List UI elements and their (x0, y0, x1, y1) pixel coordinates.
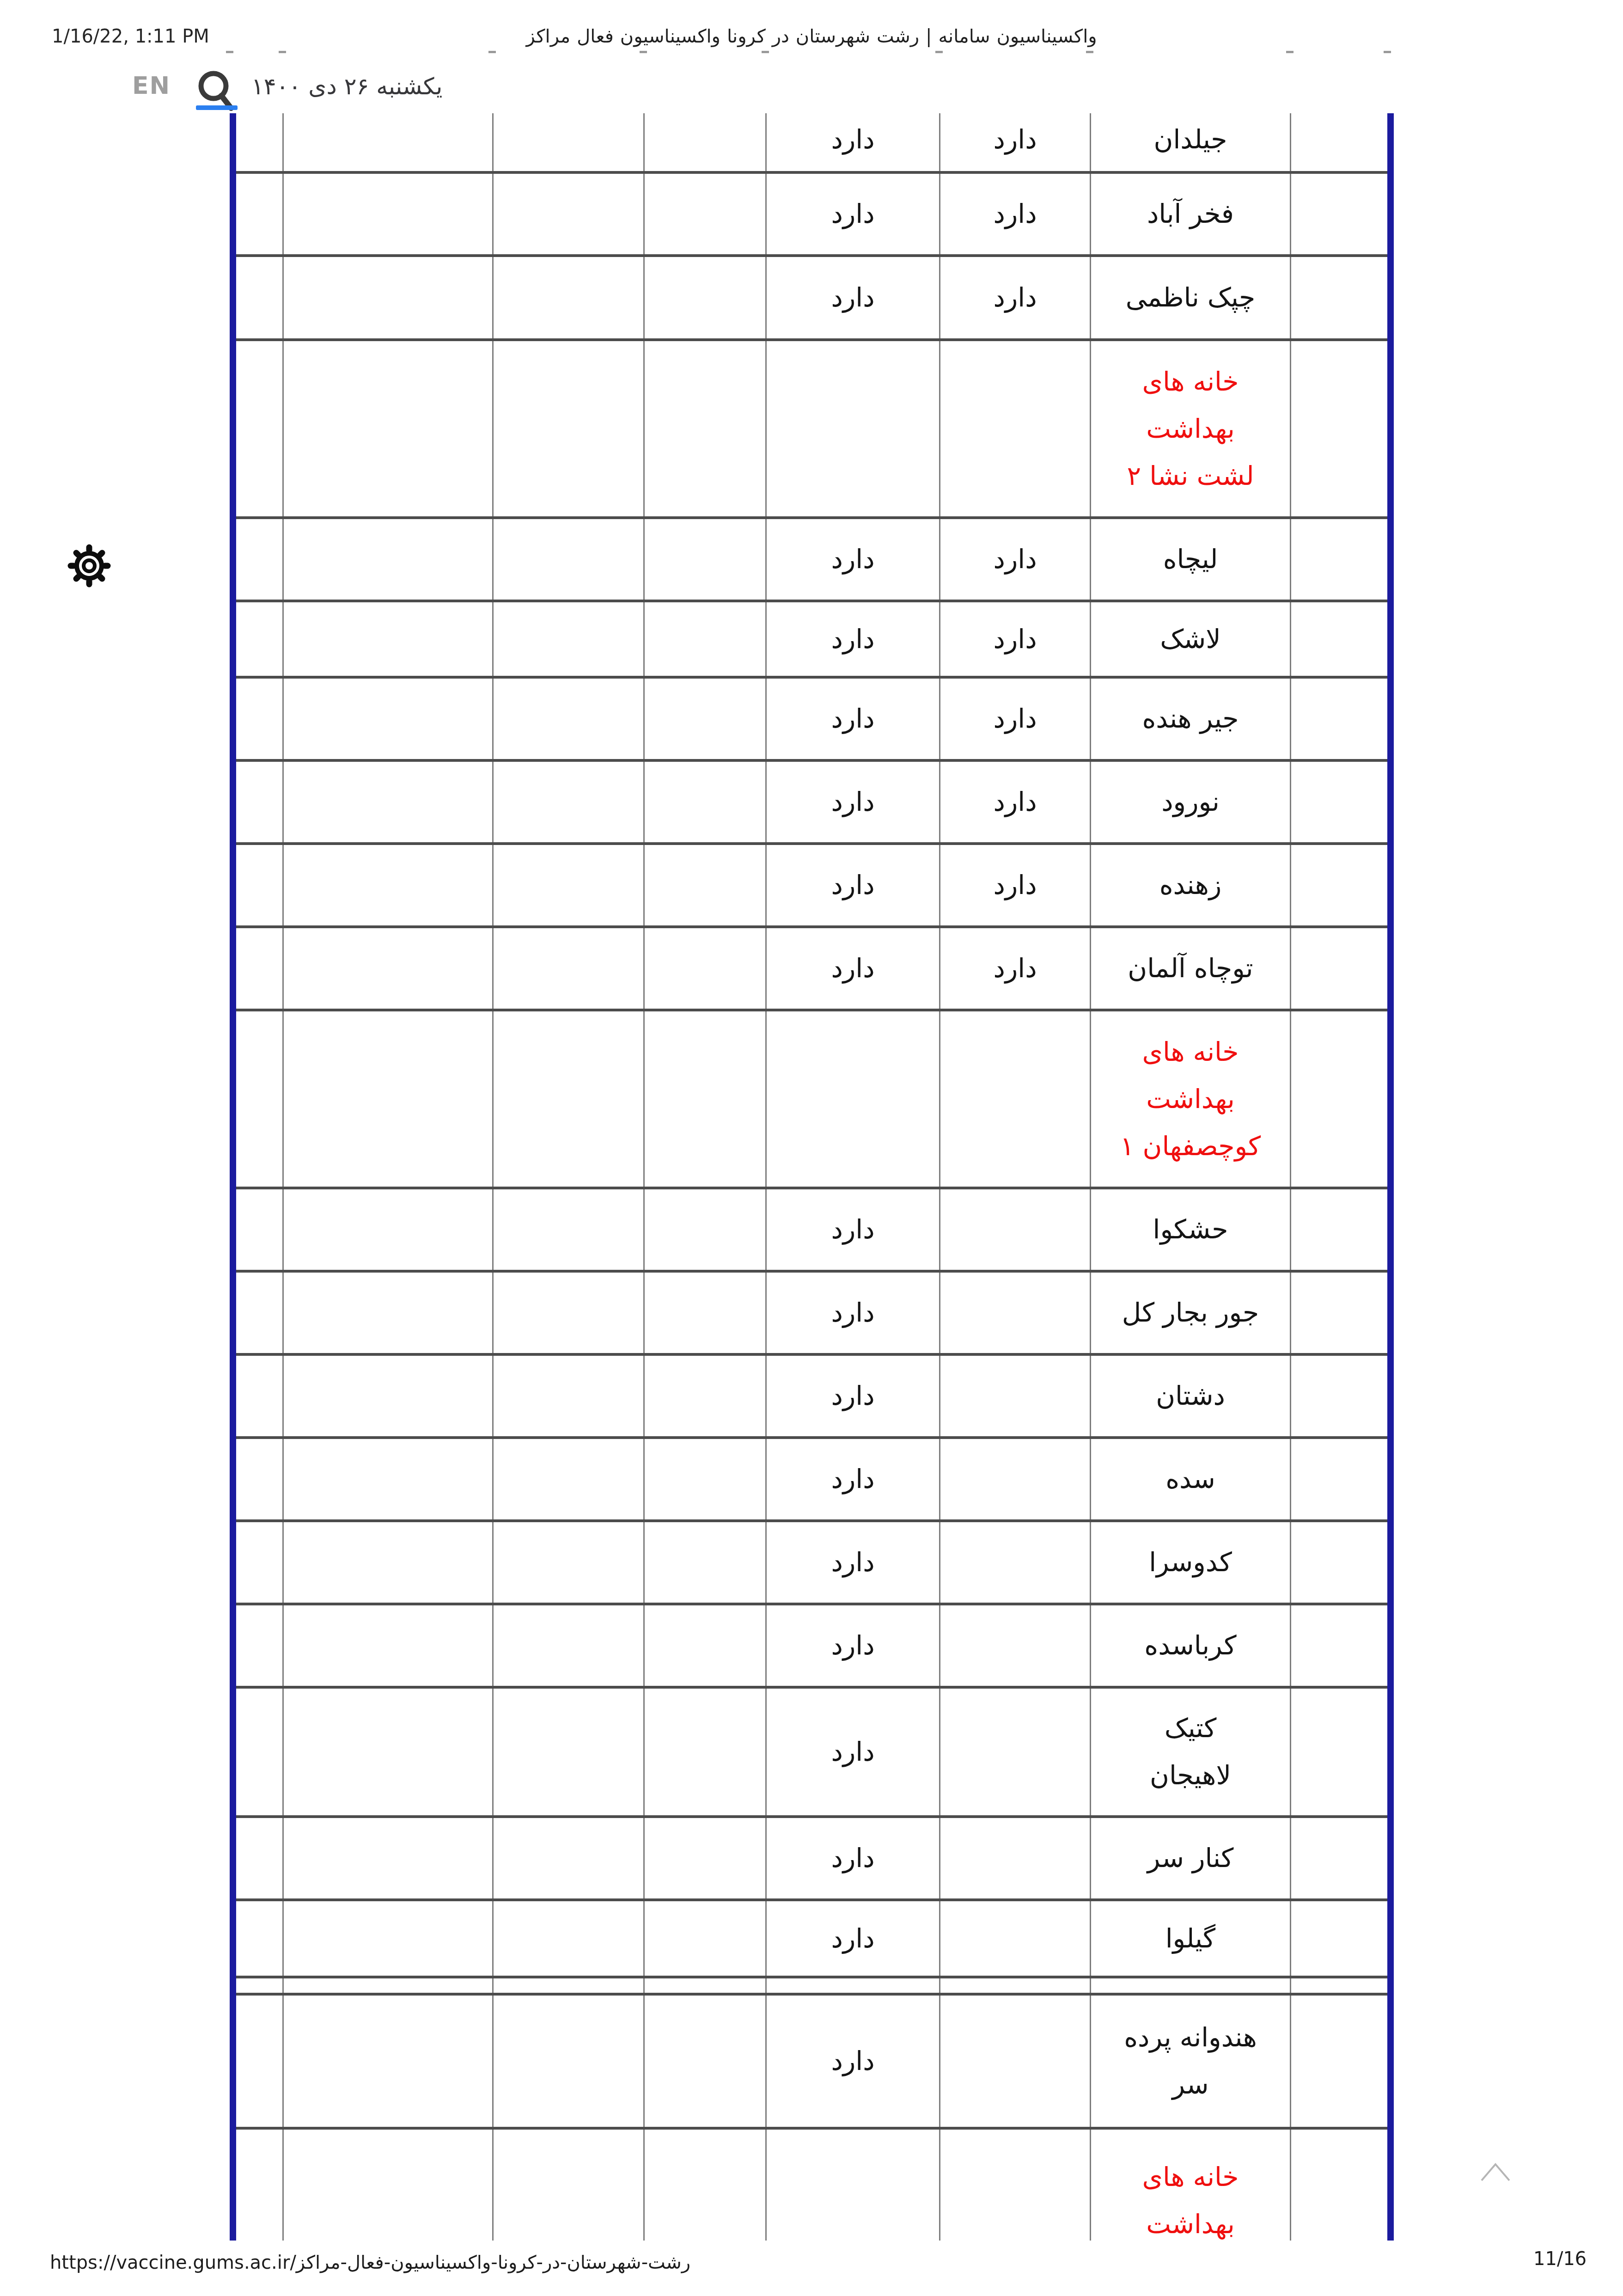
print-title-word: سامانه (939, 26, 990, 47)
empty-cell (236, 1011, 282, 1187)
group-title-line: خانه های (1142, 1029, 1239, 1076)
table-row: داردکنار سر (236, 1818, 1387, 1901)
availability-value: دارد (831, 862, 874, 909)
row-number-cell (1290, 1273, 1387, 1353)
empty-cell (282, 602, 492, 676)
empty-cell (282, 1996, 492, 2127)
availability-cell (939, 1901, 1090, 1976)
center-name: جور بجار کل (1122, 1289, 1259, 1336)
center-name: کرباسده (1144, 1622, 1236, 1669)
empty-cell (643, 762, 765, 842)
search-active-underline (196, 105, 238, 110)
empty-cell (643, 1189, 765, 1270)
empty-cell (282, 679, 492, 759)
table-row: داردداردنورود (236, 762, 1387, 845)
availability-value: دارد (831, 695, 874, 742)
empty-cell (236, 1818, 282, 1898)
row-number-cell (1290, 928, 1387, 1009)
row-number-cell (1290, 2130, 1387, 2241)
empty-cell (236, 1996, 282, 2127)
availability-value: دارد (831, 2038, 874, 2085)
group-title-line: بهداشت (1146, 405, 1235, 453)
empty-cell (643, 1522, 765, 1603)
availability-cell: دارد (765, 679, 939, 759)
page-break-artifact (640, 51, 647, 53)
empty-cell (282, 341, 492, 516)
empty-cell (643, 1978, 765, 1993)
availability-value: دارد (831, 1206, 874, 1253)
availability-value: دارد (831, 536, 874, 583)
table-row: داردداردلیچاه (236, 519, 1387, 602)
empty-cell (492, 1901, 643, 1976)
availability-cell: دارد (939, 679, 1090, 759)
table-row: داردهندوانه پردهسر (236, 1996, 1387, 2130)
empty-cell (282, 1901, 492, 1976)
empty-cell (282, 1689, 492, 1815)
center-name: سده (1165, 1456, 1215, 1503)
center-name-cell: گیلوا (1090, 1901, 1290, 1976)
table-row: داردداردجیر هنده (236, 679, 1387, 762)
print-title-word: فعال (577, 26, 614, 47)
center-name-cell: هندوانه پردهسر (1090, 1996, 1290, 2127)
empty-cell (282, 1273, 492, 1353)
availability-cell: دارد (939, 113, 1090, 171)
availability-cell (765, 2130, 939, 2241)
print-page-title: مراکزفعالواکسیناسیونکرونادرشهرستانرشت|سا… (0, 26, 1623, 47)
table-row: داردداردلاشک (236, 602, 1387, 679)
center-name: کتیک (1165, 1705, 1217, 1752)
print-title-word: مراکز (526, 26, 570, 47)
empty-cell (643, 679, 765, 759)
empty-cell (282, 113, 492, 171)
availability-cell: دارد (765, 1996, 939, 2127)
group-title-cell: خانه هایبهداشتلشت نشا ۲ (1090, 341, 1290, 516)
current-date-label: یکشنبه ۲۶ دی ۱۴۰۰ (251, 73, 442, 100)
empty-cell (643, 928, 765, 1009)
page-break-artifact (935, 51, 943, 53)
empty-cell (236, 1689, 282, 1815)
center-name-cell: کتیکلاهیجان (1090, 1689, 1290, 1815)
row-number-cell (1290, 1356, 1387, 1436)
availability-cell: دارد (765, 1689, 939, 1815)
empty-cell (492, 519, 643, 600)
empty-cell (236, 174, 282, 254)
url-slug-word: شهرستان (567, 2252, 641, 2273)
availability-cell: دارد (765, 1901, 939, 1976)
center-name-cell: زهنده (1090, 845, 1290, 925)
table-row: داردداردزهنده (236, 845, 1387, 928)
center-name-cell: لیچاه (1090, 519, 1290, 600)
availability-cell: دارد (939, 257, 1090, 338)
empty-cell (643, 1273, 765, 1353)
print-title-word: شهرستان (796, 26, 870, 47)
empty-cell (282, 2130, 492, 2241)
empty-cell (643, 341, 765, 516)
empty-cell (492, 1689, 643, 1815)
empty-cell (236, 1605, 282, 1686)
row-number-cell (1290, 1189, 1387, 1270)
availability-value: دارد (993, 116, 1037, 163)
center-name-cell: توچاه آلمان (1090, 928, 1290, 1009)
availability-cell (939, 1996, 1090, 2127)
empty-cell (282, 519, 492, 600)
availability-cell: دارد (765, 1522, 939, 1603)
url-slug-word: رشت (648, 2252, 690, 2273)
printed-page: { "print_header": { "datetime": "1/16/22… (0, 0, 1623, 2296)
table-row: داردداردتوچاه آلمان (236, 928, 1387, 1011)
row-number-cell (1290, 1011, 1387, 1187)
center-name: نورود (1161, 778, 1220, 826)
availability-value: دارد (993, 616, 1037, 663)
availability-value: دارد (993, 778, 1037, 826)
empty-cell (643, 1689, 765, 1815)
center-name: حشکوا (1153, 1206, 1228, 1253)
center-name: کدوسرا (1149, 1539, 1232, 1586)
availability-cell: دارد (765, 257, 939, 338)
page-break-artifact (1286, 51, 1294, 53)
url-slug-word: مراکز (296, 2252, 341, 2273)
center-name-cell: حشکوا (1090, 1189, 1290, 1270)
row-number-cell (1290, 1978, 1387, 1993)
print-title-word: کرونا (727, 26, 766, 47)
table-row: داردکرباسده (236, 1605, 1387, 1689)
empty-cell (492, 174, 643, 254)
empty-cell (282, 762, 492, 842)
center-name: لاشک (1160, 616, 1220, 663)
availability-value: دارد (993, 536, 1037, 583)
availability-value: دارد (831, 1289, 874, 1336)
availability-cell: دارد (765, 1439, 939, 1519)
table-row: داردجور بجار کل (236, 1273, 1387, 1356)
row-number-cell (1290, 1996, 1387, 2127)
url-base: https://vaccine.gums.ac.ir/ (50, 2252, 296, 2273)
availability-cell: دارد (765, 1818, 939, 1898)
availability-cell (939, 1978, 1090, 1993)
empty-cell (236, 928, 282, 1009)
group-title-line: خانه های (1142, 2154, 1239, 2201)
availability-value: دارد (831, 1372, 874, 1420)
availability-value: دارد (831, 616, 874, 663)
page-break-artifact (226, 51, 233, 53)
empty-cell (236, 341, 282, 516)
row-number-cell (1290, 1439, 1387, 1519)
empty-cell (492, 602, 643, 676)
empty-cell (236, 845, 282, 925)
availability-cell: دارد (939, 845, 1090, 925)
availability-value: دارد (831, 274, 874, 321)
row-number-cell (1290, 679, 1387, 759)
page-break-artifact (279, 51, 286, 53)
center-name-cell: کنار سر (1090, 1818, 1290, 1898)
row-number-cell (1290, 341, 1387, 516)
empty-cell (282, 1605, 492, 1686)
row-number-cell (1290, 257, 1387, 338)
center-name: لاهیجان (1150, 1752, 1231, 1799)
center-name: کنار سر (1147, 1835, 1234, 1882)
table-row: داردداردفخر آباد (236, 174, 1387, 257)
row-number-cell (1290, 174, 1387, 254)
page-break-artifact (488, 51, 496, 53)
print-title-word: واکسیناسیون (996, 26, 1097, 47)
empty-cell (643, 845, 765, 925)
group-title-line: بهداشت (1146, 1076, 1235, 1123)
empty-cell (282, 1356, 492, 1436)
table-row: داردداردچپک ناظمی (236, 257, 1387, 341)
table-group-row: خانه هایبهداشتلشت نشا ۲ (236, 341, 1387, 519)
group-title-cell: خانه هایبهداشت (1090, 2130, 1290, 2241)
row-number-cell (1290, 1901, 1387, 1976)
availability-cell: دارد (765, 1356, 939, 1436)
availability-cell (939, 1439, 1090, 1519)
empty-cell (643, 1605, 765, 1686)
center-name-cell: چپک ناظمی (1090, 257, 1290, 338)
print-title-word: | (926, 26, 932, 47)
empty-cell (643, 1011, 765, 1187)
empty-cell (643, 1356, 765, 1436)
vaccination-centers-table: داردداردجیلدانداردداردفخر آبادداردداردچپ… (230, 113, 1394, 2241)
empty-cell (282, 1011, 492, 1187)
table-row: داردداردجیلدان (236, 113, 1387, 174)
empty-cell (282, 257, 492, 338)
empty-cell (236, 602, 282, 676)
center-name-cell: کدوسرا (1090, 1522, 1290, 1603)
empty-cell (282, 1522, 492, 1603)
empty-cell (492, 928, 643, 1009)
page-indicator: 11/16 (1533, 2248, 1586, 2270)
empty-cell (236, 1439, 282, 1519)
row-number-cell (1290, 113, 1387, 171)
print-title-word: در (772, 26, 789, 47)
empty-cell (236, 679, 282, 759)
availability-cell: دارد (765, 1605, 939, 1686)
table-row: داردحشکوا (236, 1189, 1387, 1273)
table-group-row: خانه هایبهداشتکوچصفهان ۱ (236, 1011, 1387, 1189)
table-row: داردکدوسرا (236, 1522, 1387, 1605)
availability-cell: دارد (765, 113, 939, 171)
empty-cell (643, 257, 765, 338)
empty-cell (492, 1273, 643, 1353)
empty-cell (236, 1901, 282, 1976)
empty-cell (236, 113, 282, 171)
availability-value: دارد (831, 945, 874, 992)
empty-cell (643, 1818, 765, 1898)
center-name: دشتان (1156, 1372, 1225, 1420)
page-break-artifact (1086, 51, 1093, 53)
page-break-artifact (1384, 51, 1391, 53)
center-name: سر (1172, 2061, 1208, 2108)
availability-cell: دارد (939, 602, 1090, 676)
table-row: داردسده (236, 1439, 1387, 1522)
group-title-line: کوچصفهان ۱ (1120, 1123, 1261, 1170)
empty-cell (282, 1978, 492, 1993)
availability-cell: دارد (765, 519, 939, 600)
group-title-cell: خانه هایبهداشتکوچصفهان ۱ (1090, 1011, 1290, 1187)
center-name-cell: جیلدان (1090, 113, 1290, 171)
row-number-cell (1290, 1522, 1387, 1603)
availability-cell: دارد (765, 928, 939, 1009)
empty-cell (236, 1356, 282, 1436)
availability-value: دارد (993, 695, 1037, 742)
empty-cell (282, 1439, 492, 1519)
empty-cell (492, 341, 643, 516)
empty-cell (492, 1439, 643, 1519)
availability-cell: دارد (765, 762, 939, 842)
center-name-cell: جیر هنده (1090, 679, 1290, 759)
row-number-cell (1290, 1689, 1387, 1815)
group-title-line: لشت نشا ۲ (1127, 453, 1254, 500)
chevron-up-icon[interactable] (1480, 2161, 1511, 2182)
empty-cell (492, 1978, 643, 1993)
availability-value: دارد (993, 862, 1037, 909)
center-name: چپک ناظمی (1126, 274, 1256, 321)
empty-cell (282, 1189, 492, 1270)
empty-cell (236, 2130, 282, 2241)
availability-cell (939, 341, 1090, 516)
empty-cell (643, 2130, 765, 2241)
center-name-cell: نورود (1090, 762, 1290, 842)
empty-cell (643, 1901, 765, 1976)
empty-cell (236, 1273, 282, 1353)
table-row: داردکتیکلاهیجان (236, 1689, 1387, 1818)
empty-cell (643, 519, 765, 600)
availability-cell (939, 1522, 1090, 1603)
gear-icon[interactable] (67, 544, 111, 588)
empty-cell (492, 762, 643, 842)
url-slug-word: فعال (347, 2252, 384, 2273)
center-name: فخر آباد (1147, 190, 1234, 238)
empty-cell (643, 113, 765, 171)
empty-cell (236, 1522, 282, 1603)
empty-cell (492, 2130, 643, 2241)
row-number-cell (1290, 602, 1387, 676)
group-title-line: خانه های (1142, 358, 1239, 405)
center-name: جیلدان (1154, 116, 1227, 163)
availability-cell (939, 1605, 1090, 1686)
empty-cell (492, 1522, 643, 1603)
empty-cell (282, 928, 492, 1009)
availability-cell (939, 1818, 1090, 1898)
availability-cell (765, 341, 939, 516)
empty-cell (643, 1439, 765, 1519)
empty-cell (282, 845, 492, 925)
row-number-cell (1290, 762, 1387, 842)
table-row: داردگیلوا (236, 1901, 1387, 1978)
center-name: هندوانه پرده (1124, 2014, 1257, 2061)
table-gap-row (236, 1978, 1387, 1996)
availability-value: دارد (993, 945, 1037, 992)
availability-cell (939, 2130, 1090, 2241)
empty-cell (236, 1978, 282, 1993)
row-number-cell (1290, 845, 1387, 925)
availability-value: دارد (993, 274, 1037, 321)
language-switch[interactable]: EN (132, 72, 171, 100)
empty-cell (492, 679, 643, 759)
availability-cell (939, 1189, 1090, 1270)
availability-value: دارد (831, 1539, 874, 1586)
availability-value: دارد (831, 778, 874, 826)
empty-cell (492, 1189, 643, 1270)
availability-value: دارد (831, 1728, 874, 1776)
empty-cell (492, 1356, 643, 1436)
availability-cell: دارد (765, 174, 939, 254)
availability-value: دارد (831, 116, 874, 163)
center-name-cell: کرباسده (1090, 1605, 1290, 1686)
availability-cell: دارد (765, 602, 939, 676)
center-name-cell: سده (1090, 1439, 1290, 1519)
availability-value: دارد (831, 1622, 874, 1669)
group-title-line: بهداشت (1146, 2201, 1235, 2241)
availability-cell (939, 1273, 1090, 1353)
print-title-word: رشت (877, 26, 919, 47)
center-name: گیلوا (1165, 1915, 1216, 1962)
empty-cell (643, 602, 765, 676)
center-name-cell (1090, 1978, 1290, 1993)
empty-cell (643, 174, 765, 254)
empty-cell (492, 1605, 643, 1686)
table-row: دارددشتان (236, 1356, 1387, 1439)
page-break-artifact (762, 51, 769, 53)
row-number-cell (1290, 1818, 1387, 1898)
empty-cell (236, 762, 282, 842)
empty-cell (282, 1818, 492, 1898)
center-name: زهنده (1159, 862, 1222, 909)
empty-cell (492, 1818, 643, 1898)
availability-value: دارد (831, 1835, 874, 1882)
empty-cell (643, 1996, 765, 2127)
availability-cell (939, 1011, 1090, 1187)
print-footer-url: https://vaccine.gums.ac.ir/مراکز-فعال-وا… (50, 2252, 690, 2273)
empty-cell (492, 845, 643, 925)
availability-cell: دارد (939, 519, 1090, 600)
empty-cell (492, 257, 643, 338)
empty-cell (492, 1011, 643, 1187)
availability-cell (765, 1011, 939, 1187)
availability-value: دارد (831, 190, 874, 238)
availability-value: دارد (831, 1915, 874, 1962)
center-name: توچاه آلمان (1128, 945, 1253, 992)
empty-cell (236, 519, 282, 600)
availability-value: دارد (993, 190, 1037, 238)
url-slug-word: واکسیناسیون (390, 2252, 491, 2273)
availability-cell: دارد (939, 928, 1090, 1009)
row-number-cell (1290, 1605, 1387, 1686)
url-slug-word: کرونا (498, 2252, 537, 2273)
availability-cell: دارد (765, 845, 939, 925)
url-slug-word: در (543, 2252, 560, 2273)
availability-cell: دارد (939, 762, 1090, 842)
center-name-cell: فخر آباد (1090, 174, 1290, 254)
availability-cell (765, 1978, 939, 1993)
empty-cell (236, 257, 282, 338)
center-name-cell: جور بجار کل (1090, 1273, 1290, 1353)
center-name-cell: دشتان (1090, 1356, 1290, 1436)
empty-cell (282, 174, 492, 254)
table-group-row: خانه هایبهداشت (236, 2130, 1387, 2241)
availability-cell (939, 1689, 1090, 1815)
center-name: لیچاه (1163, 536, 1218, 583)
center-name: جیر هنده (1142, 695, 1239, 742)
availability-cell: دارد (765, 1189, 939, 1270)
availability-cell: دارد (765, 1273, 939, 1353)
print-title-word: واکسیناسیون (620, 26, 720, 47)
availability-cell (939, 1356, 1090, 1436)
empty-cell (236, 1189, 282, 1270)
empty-cell (492, 1996, 643, 2127)
row-number-cell (1290, 519, 1387, 600)
center-name-cell: لاشک (1090, 602, 1290, 676)
availability-value: دارد (831, 1456, 874, 1503)
empty-cell (492, 113, 643, 171)
